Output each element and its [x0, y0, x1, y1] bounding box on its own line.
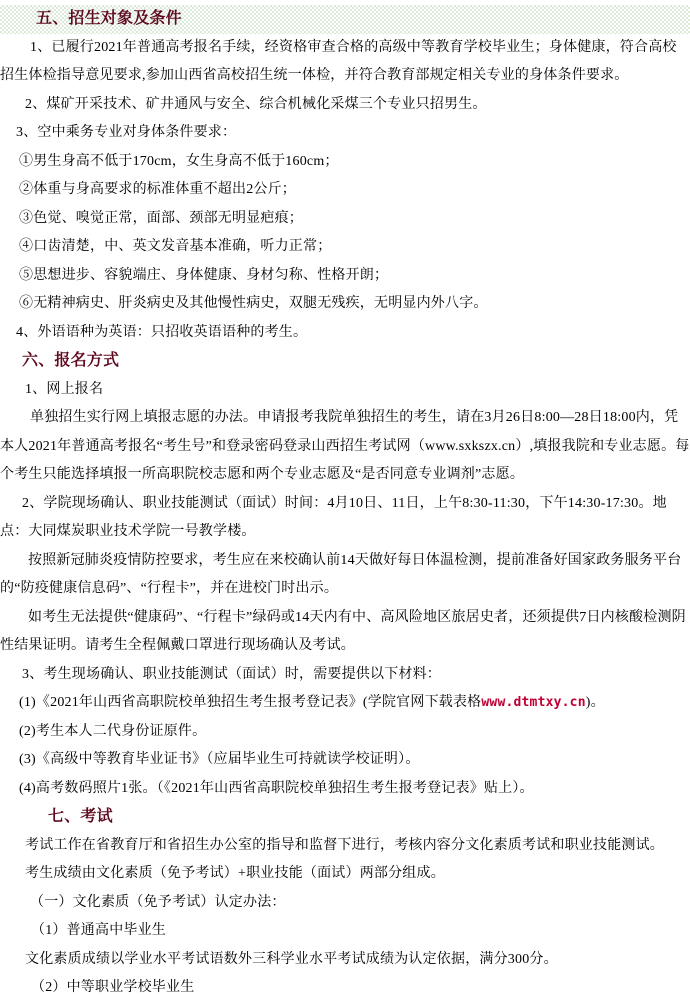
paragraph-covid-2-text: 如考生无法提供“健康码”、“行程卡”绿码或14天内有中、高风险地区旅居史者，还须… — [0, 610, 686, 654]
paragraph-signup-3: 3、考生现场确认、职业技能测试（面试）时，需要提供以下材料： — [0, 661, 690, 690]
paragraph-item-5-text: ⑤思想进步、容貌端庄、身体健康、身材匀称、性格开朗； — [19, 268, 388, 283]
paragraph-condition-1-text: 1、已履行2021年普通高考报名手续，经资格审查合格的高级中等教育学校毕业生；身… — [0, 40, 677, 84]
paragraph-signup-1-text: 1、网上报名 — [25, 382, 103, 397]
paragraph-item-6: ⑥无精神病史、肝炎病史及其他慢性病史，双腿无残疾，无明显内外八字。 — [0, 290, 690, 319]
paragraph-signup-detail-text: 单独招生实行网上填报志愿的办法。申请报考我院单独招生的考生，请在3月26日8:0… — [0, 410, 689, 482]
paragraph-item-3: ③色觉、嗅觉正常，面部、颈部无明显疤痕； — [0, 205, 690, 234]
paragraph-condition-4-text: 4、外语语种为英语：只招收英语语种的考生。 — [16, 325, 307, 340]
paragraph-condition-3-text: 3、空中乘务专业对身体条件要求： — [16, 125, 236, 140]
paragraph-material-1-text: (1)《2021年山西省高职院校单独招生考生报考登记表》(学院官网下载表格 — [19, 695, 481, 710]
paragraph-covid-1: 按照新冠肺炎疫情防控要求，考生应在来校确认前14天做好每日体温检测，提前准备好国… — [0, 547, 690, 604]
paragraph-exam-1-text: 考试工作在省教育厅和省招生办公室的指导和监督下进行，考核内容分文化素质考试和职业… — [25, 838, 664, 853]
paragraph-material-4: (4)高考数码照片1张。（《2021年山西省高职院校单独招生考生报考登记表》贴上… — [0, 775, 690, 804]
paragraph-condition-3: 3、空中乘务专业对身体条件要求： — [0, 119, 690, 148]
download-url-link[interactable]: www.dtmtxy.cn — [481, 695, 585, 710]
paragraph-condition-2-text: 2、煤矿开采技术、矿井通风与安全、综合机械化采煤三个专业只招男生。 — [25, 97, 487, 112]
paragraph-exam-4: （1）普通高中毕业生 — [0, 917, 690, 946]
paragraph-exam-2-text: 考生成绩由文化素质（免予考试）+职业技能（面试）两部分组成。 — [25, 866, 445, 881]
paragraph-material-3-text: (3)《高级中等教育毕业证书》（应届毕业生可持就读学校证明）。 — [19, 752, 420, 767]
paragraph-item-4-text: ④口齿清楚，中、英文发音基本准确，听力正常； — [19, 239, 331, 254]
paragraph-exam-5: 文化素质成绩以学业水平考试语数外三科学业水平考试成绩为认定依据，满分300分。 — [0, 946, 690, 975]
paragraph-exam-1: 考试工作在省教育厅和省招生办公室的指导和监督下进行，考核内容分文化素质考试和职业… — [0, 832, 690, 861]
paragraph-item-1: ①男生身高不低于170cm，女生身高不低于160cm； — [0, 148, 690, 177]
paragraph-material-4-text: (4)高考数码照片1张。（《2021年山西省高职院校单独招生考生报考登记表》贴上… — [19, 781, 534, 796]
paragraph-signup-1: 1、网上报名 — [0, 376, 690, 405]
paragraph-signup-detail: 单独招生实行网上填报志愿的办法。申请报考我院单独招生的考生，请在3月26日8:0… — [0, 404, 690, 490]
paragraph-condition-2: 2、煤矿开采技术、矿井通风与安全、综合机械化采煤三个专业只招男生。 — [0, 91, 690, 120]
section-heading-6-text: 六、报名方式 — [22, 352, 119, 369]
section-heading-7-text: 七、考试 — [48, 808, 113, 825]
section-heading-7: 七、考试 — [0, 803, 690, 832]
section-heading-5: 五、招生对象及条件 — [0, 5, 690, 34]
paragraph-exam-2: 考生成绩由文化素质（免予考试）+职业技能（面试）两部分组成。 — [0, 860, 690, 889]
paragraph-item-5: ⑤思想进步、容貌端庄、身体健康、身材匀称、性格开朗； — [0, 262, 690, 291]
paragraph-exam-4-text: （1）普通高中毕业生 — [31, 923, 166, 938]
paragraph-item-2: ②体重与身高要求的标准体重不超出2公斤； — [0, 176, 690, 205]
paragraph-covid-2: 如考生无法提供“健康码”、“行程卡”绿码或14天内有中、高风险地区旅居史者，还须… — [0, 604, 690, 661]
paragraph-item-4: ④口齿清楚，中、英文发音基本准确，听力正常； — [0, 233, 690, 262]
paragraph-exam-6-text: （2）中等职业学校毕业生 — [31, 980, 194, 995]
paragraph-material-2: (2)考生本人二代身份证原件。 — [0, 718, 690, 747]
paragraph-signup-3-text: 3、考生现场确认、职业技能测试（面试）时，需要提供以下材料： — [22, 667, 441, 682]
paragraph-material-1-text: )。 — [586, 695, 605, 710]
paragraph-exam-6: （2）中等职业学校毕业生 — [0, 974, 690, 995]
paragraph-condition-4: 4、外语语种为英语：只招收英语语种的考生。 — [0, 319, 690, 348]
paragraph-material-3: (3)《高级中等教育毕业证书》（应届毕业生可持就读学校证明）。 — [0, 746, 690, 775]
paragraph-item-6-text: ⑥无精神病史、肝炎病史及其他慢性病史，双腿无残疾，无明显内外八字。 — [19, 296, 488, 311]
paragraph-exam-3: （一）文化素质（免予考试）认定办法： — [0, 889, 690, 918]
paragraph-material-1: (1)《2021年山西省高职院校单独招生考生报考登记表》(学院官网下载表格www… — [0, 689, 690, 718]
paragraph-exam-3-text: （一）文化素质（免予考试）认定办法： — [30, 895, 286, 910]
paragraph-item-3-text: ③色觉、嗅觉正常，面部、颈部无明显疤痕； — [19, 211, 303, 226]
paragraph-exam-5-text: 文化素质成绩以学业水平考试语数外三科学业水平考试成绩为认定依据，满分300分。 — [25, 952, 558, 967]
paragraph-covid-1-text: 按照新冠肺炎疫情防控要求，考生应在来校确认前14天做好每日体温检测，提前准备好国… — [0, 553, 681, 597]
paragraph-signup-2: 2、学院现场确认、职业技能测试（面试）时间：4月10日、11日，上午8:30-1… — [0, 490, 690, 547]
paragraph-item-2-text: ②体重与身高要求的标准体重不超出2公斤； — [19, 182, 296, 197]
paragraph-signup-2-text: 2、学院现场确认、职业技能测试（面试）时间：4月10日、11日，上午8:30-1… — [0, 496, 667, 540]
paragraph-material-2-text: (2)考生本人二代身份证原件。 — [19, 724, 206, 739]
document-body: 五、招生对象及条件1、已履行2021年普通高考报名手续，经资格审查合格的高级中等… — [0, 0, 690, 995]
section-heading-6: 六、报名方式 — [0, 347, 690, 376]
paragraph-condition-1: 1、已履行2021年普通高考报名手续，经资格审查合格的高级中等教育学校毕业生；身… — [0, 34, 690, 91]
paragraph-item-1-text: ①男生身高不低于170cm，女生身高不低于160cm； — [19, 154, 339, 169]
section-heading-5-text: 五、招生对象及条件 — [36, 10, 182, 27]
